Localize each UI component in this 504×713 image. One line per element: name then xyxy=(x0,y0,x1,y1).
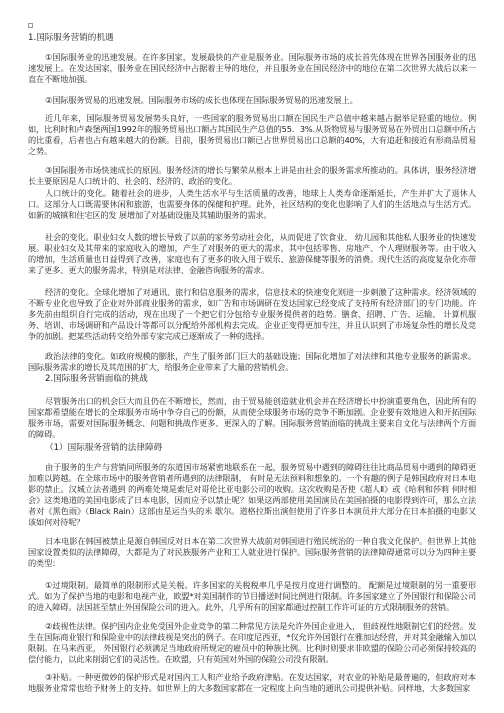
paragraph: 日本电影在韩国被禁止是源自韩国反对日本在第二次世界大战前对韩国进行殖民统治的一种… xyxy=(28,536,476,569)
paragraph: ①过境限制。最简单的限制形式是关税。许多国家的关税税率几乎是按月度进行调整的。 … xyxy=(28,580,476,613)
paragraph: 人口统计的变化。随着社会的进步，人类生活水平与生活质量的改善，地球上人类寿命逐渐… xyxy=(28,188,476,221)
paragraph: ③补贴。一种更微妙的保护形式是对国内工人和产业给予政府津贴。在发达国家，对农业的… xyxy=(28,672,476,694)
paragraph: ③国际服务市场快速成长的原因。服务经济的增长与繁荣从根本上讲是由社会的服务需求所… xyxy=(28,165,476,187)
subsection-heading: 2.国际服务营销面临的挑战 xyxy=(28,374,476,385)
section-heading: 1.国际服务营销的机遇 xyxy=(28,33,476,44)
paragraph: 近几年来，国际服务贸易发展势头良好，一些国家的服务贸易出口额在国民生产总值中越来… xyxy=(28,113,476,157)
paragraph: 经济的变化。全球化增加了对通讯、旅行和信息服务的需求，信息技术的快速变化则进一步… xyxy=(28,287,476,342)
paragraph: ①国际服务业的迅速发展。在许多国家，发展最快的产业是服务业。国际服务市场的成长首… xyxy=(28,52,476,85)
subsection-heading: （1）国际服务营销的法律障碍 xyxy=(28,443,476,454)
paragraph: 由于服务的生产与营销同所服务的东道国市场紧密地联系在一起，服务贸易中遇到的障碍往… xyxy=(28,462,476,528)
paragraph: 尽管服务出口的机会巨大而且仍在不断增长，然而，由于贸易能创造就业机会并在经济增长… xyxy=(28,396,476,440)
paragraph: 社会的变化。职业妇女人数的增长导致了以前的家务劳动社会化，从而促进了饮食业、 幼… xyxy=(28,232,476,276)
paragraph: ②歧视性法律。保护国内企业免受国外企业竞争的第二种常见方法是允许外国企业进入， … xyxy=(28,621,476,665)
paragraph: ②国际服务贸易的迅速发展。国际服务市场的成长也体现在国际服务贸易的迅速发展上。 xyxy=(28,95,476,106)
empty-checkbox-marker xyxy=(28,23,33,28)
paragraph: 政治法律的变化。如政府规模的膨胀，产生了服务部门巨大的基础设施；国际化增加了对法… xyxy=(28,351,476,373)
